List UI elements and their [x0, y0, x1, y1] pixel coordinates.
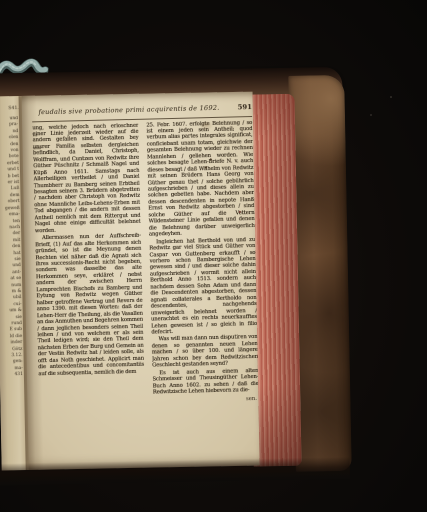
open-page: S41. und pra- nd olen den von bote erbet… — [0, 92, 260, 471]
page-content: feudalis sive probatione primi acquirent… — [32, 103, 260, 464]
paragraph: Allermassen nun der Auffschreib-Brieff, … — [35, 233, 144, 378]
text-columns: Linea Familia ung, welche jedoch nach er… — [32, 120, 259, 443]
catchword: sen. — [153, 395, 259, 404]
paragraph: 25. Febr. 1607. erfolgte Belehnung / so … — [146, 120, 255, 239]
paragraph: ung, welche jedoch nach erloschner einer… — [32, 122, 141, 234]
ink-speck — [210, 158, 212, 160]
dust-speck — [370, 114, 372, 116]
book: S41. und pra- nd olen den von bote erbet… — [0, 58, 370, 489]
text-column-left: Linea Familia ung, welche jedoch nach er… — [32, 122, 146, 442]
running-title: feudalis sive probatione primi acquirent… — [32, 104, 226, 117]
photo-of-antique-book: S41. und pra- nd olen den von bote erbet… — [0, 0, 427, 512]
paragraph: Es ist auch aus einem alten Schmeisser u… — [152, 368, 259, 396]
fore-edge-speck — [239, 211, 241, 213]
facing-page-header-fragment: S41. — [0, 106, 19, 111]
paragraph: Was will man dann nun disputiren von den… — [151, 334, 258, 369]
ink-speck — [205, 166, 207, 168]
dust-speck — [390, 96, 392, 98]
paragraph: Ingleichen hat Berthold von und zu Redwi… — [149, 237, 257, 336]
page-number: 591 — [226, 103, 252, 112]
text-column-right: 25. Febr. 1607. erfolgte Belehnung / so … — [146, 120, 259, 440]
